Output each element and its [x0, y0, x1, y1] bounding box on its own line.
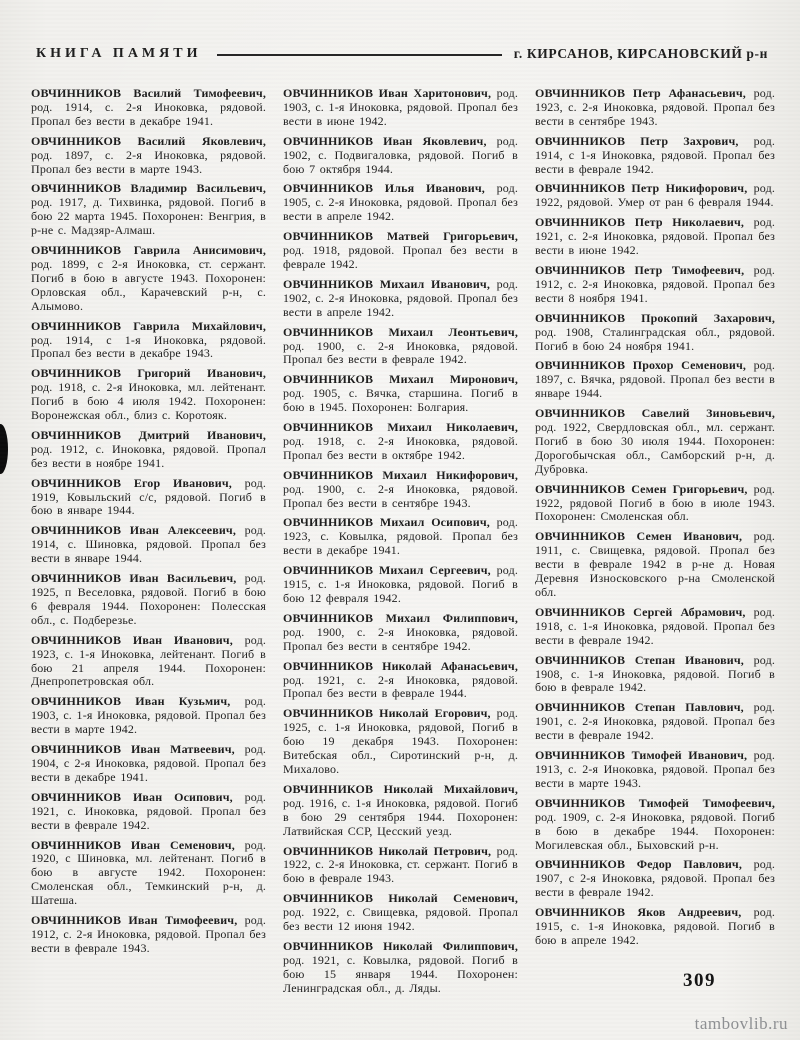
memorial-entry: ОВЧИННИКОВ Николай Семенович, род. 1922,…: [283, 892, 518, 934]
memorial-entry: ОВЧИННИКОВ Прокопий Захарович, род. 1908…: [535, 312, 775, 354]
entry-name: ОВЧИННИКОВ Михаил Никифорович,: [283, 468, 518, 482]
entry-name: ОВЧИННИКОВ Михаил Леонтьевич,: [283, 325, 518, 339]
entry-details: род. 1922, Свердловская обл., мл. сержан…: [535, 420, 775, 476]
entry-details: род. 1905, с. Вячка, старшина. Погиб в б…: [283, 386, 518, 414]
memorial-entry: ОВЧИННИКОВ Михаил Филиппович, род. 1900,…: [283, 612, 518, 654]
entry-name: ОВЧИННИКОВ Петр Афанасьевич,: [535, 86, 746, 100]
entry-name: ОВЧИННИКОВ Сергей Абрамович,: [535, 605, 746, 619]
entry-name: ОВЧИННИКОВ Степан Павлович,: [535, 700, 744, 714]
entry-name: ОВЧИННИКОВ Иван Яковлевич,: [283, 134, 487, 148]
memorial-entry: ОВЧИННИКОВ Николай Филиппович, род. 1921…: [283, 940, 518, 996]
memorial-entry: ОВЧИННИКОВ Михаил Николаевич, род. 1918,…: [283, 421, 518, 463]
memorial-entry: ОВЧИННИКОВ Савелий Зиновьевич, род. 1922…: [535, 407, 775, 477]
entry-name: ОВЧИННИКОВ Николай Семенович,: [283, 891, 518, 905]
entry-details: род. 1899, с 2-я Иноковка, ст. сержант. …: [31, 257, 266, 313]
entry-name: ОВЧИННИКОВ Михаил Филиппович,: [283, 611, 518, 625]
entry-name: ОВЧИННИКОВ Иван Иванович,: [31, 633, 233, 647]
scanned-memorial-book-page: КНИГА ПАМЯТИ г. КИРСАНОВ, КИРСАНОВСКИЙ р…: [0, 0, 800, 1040]
entry-details: род. 1917, д. Тихвинка, рядовой. Погиб в…: [31, 195, 266, 237]
memorial-entry: ОВЧИННИКОВ Николай Михайлович, род. 1916…: [283, 783, 518, 839]
entry-name: ОВЧИННИКОВ Николай Егорович,: [283, 706, 491, 720]
column-2: ОВЧИННИКОВ Иван Харитонович, род. 1903, …: [283, 87, 518, 1002]
header-divider-line: [217, 54, 501, 56]
entry-name: ОВЧИННИКОВ Иван Осипович,: [31, 790, 233, 804]
memorial-entry: ОВЧИННИКОВ Петр Тимофеевич, род. 1912, с…: [535, 264, 775, 306]
entry-details: род. 1918, с. 2-я Иноковка, мл. лейтенан…: [31, 380, 266, 422]
entry-name: ОВЧИННИКОВ Федор Павлович,: [535, 857, 742, 871]
library-watermark: tambovlib.ru: [695, 1014, 788, 1034]
memorial-entry: ОВЧИННИКОВ Михаил Никифорович, род. 1900…: [283, 469, 518, 511]
column-3: ОВЧИННИКОВ Петр Афанасьевич, род. 1923, …: [535, 87, 775, 954]
memorial-entry: ОВЧИННИКОВ Иван Тимофеевич, род. 1912, с…: [31, 914, 266, 956]
memorial-entry: ОВЧИННИКОВ Иван Харитонович, род. 1903, …: [283, 87, 518, 129]
entry-name: ОВЧИННИКОВ Василий Тимофеевич,: [31, 86, 266, 100]
memorial-entry: ОВЧИННИКОВ Григорий Иванович, род. 1918,…: [31, 367, 266, 423]
entry-name: ОВЧИННИКОВ Петр Тимофеевич,: [535, 263, 744, 277]
entry-details: род. 1909, с. 2-я Иноковка, рядовой. Пог…: [535, 810, 775, 852]
entry-details: род. 1914, с. 2-я Иноковка, рядовой. Про…: [31, 100, 266, 128]
memorial-entry: ОВЧИННИКОВ Иван Кузьмич, род. 1903, с. 1…: [31, 695, 266, 737]
memorial-entry: ОВЧИННИКОВ Михаил Осипович, род. 1923, с…: [283, 516, 518, 558]
memorial-entry: ОВЧИННИКОВ Прохор Семенович, род. 1897, …: [535, 359, 775, 401]
memorial-entry: ОВЧИННИКОВ Михаил Сергеевич, род. 1915, …: [283, 564, 518, 606]
memorial-entry: ОВЧИННИКОВ Иван Матвеевич, род. 1904, с …: [31, 743, 266, 785]
entry-name: ОВЧИННИКОВ Михаил Николаевич,: [283, 420, 518, 434]
memorial-entry: ОВЧИННИКОВ Владимир Васильевич, род. 191…: [31, 182, 266, 238]
memorial-entry: ОВЧИННИКОВ Илья Иванович, род. 1905, с. …: [283, 182, 518, 224]
entry-details: род. 1918, с. 2-я Иноковка, рядовой. Про…: [283, 434, 518, 462]
memorial-entry: ОВЧИННИКОВ Егор Иванович, род. 1919, Ков…: [31, 477, 266, 519]
memorial-entry: ОВЧИННИКОВ Иван Яковлевич, род. 1902, с.…: [283, 135, 518, 177]
entry-name: ОВЧИННИКОВ Николай Филиппович,: [283, 939, 518, 953]
memorial-entry: ОВЧИННИКОВ Иван Иванович, род. 1923, с. …: [31, 634, 266, 690]
entry-name: ОВЧИННИКОВ Савелий Зиновьевич,: [535, 406, 775, 420]
memorial-entry: ОВЧИННИКОВ Тимофей Тимофеевич, род. 1909…: [535, 797, 775, 853]
entry-name: ОВЧИННИКОВ Иван Матвеевич,: [31, 742, 235, 756]
entry-name: ОВЧИННИКОВ Яков Андреевич,: [535, 905, 741, 919]
memorial-entry: ОВЧИННИКОВ Николай Афанасьевич, род. 192…: [283, 660, 518, 702]
entry-details: род. 1921, с. Ковылка, рядовой. Погиб в …: [283, 953, 518, 995]
entry-name: ОВЧИННИКОВ Михаил Миронович,: [283, 372, 518, 386]
entry-name: ОВЧИННИКОВ Дмитрий Иванович,: [31, 428, 266, 442]
entry-name: ОВЧИННИКОВ Иван Кузьмич,: [31, 694, 230, 708]
memorial-entry: ОВЧИННИКОВ Петр Николаевич, род. 1921, с…: [535, 216, 775, 258]
entry-name: ОВЧИННИКОВ Петр Николаевич,: [535, 215, 744, 229]
memorial-entry: ОВЧИННИКОВ Семен Григорьевич, род. 1922,…: [535, 483, 775, 525]
entry-name: ОВЧИННИКОВ Гаврила Михайлович,: [31, 319, 266, 333]
entry-name: ОВЧИННИКОВ Иван Харитонович,: [283, 86, 491, 100]
entry-name: ОВЧИННИКОВ Семен Григорьевич,: [535, 482, 748, 496]
memorial-entry: ОВЧИННИКОВ Иван Васильевич, род. 1925, п…: [31, 572, 266, 628]
entry-name: ОВЧИННИКОВ Николай Афанасьевич,: [283, 659, 518, 673]
entry-name: ОВЧИННИКОВ Иван Алексеевич,: [31, 523, 236, 537]
memorial-entry: ОВЧИННИКОВ Дмитрий Иванович, род. 1912, …: [31, 429, 266, 471]
entry-name: ОВЧИННИКОВ Николай Петрович,: [283, 844, 491, 858]
entry-details: род. 1914, с 1-я Иноковка, рядовой. Проп…: [31, 333, 266, 361]
entry-name: ОВЧИННИКОВ Николай Михайлович,: [283, 782, 518, 796]
memorial-entry: ОВЧИННИКОВ Яков Андреевич, род. 1915, с.…: [535, 906, 775, 948]
entry-name: ОВЧИННИКОВ Петр Никифорович,: [535, 181, 747, 195]
memorial-entry: ОВЧИННИКОВ Иван Алексеевич, род. 1914, с…: [31, 524, 266, 566]
memorial-entry: ОВЧИННИКОВ Василий Тимофеевич, род. 1914…: [31, 87, 266, 129]
entry-name: ОВЧИННИКОВ Иван Семенович,: [31, 838, 235, 852]
scan-binding-artifact: [0, 424, 8, 474]
page-number: 309: [683, 970, 716, 992]
book-title: КНИГА ПАМЯТИ: [36, 46, 201, 62]
entry-name: ОВЧИННИКОВ Прохор Семенович,: [535, 358, 746, 372]
memorial-entry: ОВЧИННИКОВ Сергей Абрамович, род. 1918, …: [535, 606, 775, 648]
memorial-entry: ОВЧИННИКОВ Гаврила Михайлович, род. 1914…: [31, 320, 266, 362]
entry-name: ОВЧИННИКОВ Владимир Васильевич,: [31, 181, 266, 195]
page-header: КНИГА ПАМЯТИ г. КИРСАНОВ, КИРСАНОВСКИЙ р…: [36, 46, 768, 62]
entry-name: ОВЧИННИКОВ Илья Иванович,: [283, 181, 485, 195]
entry-name: ОВЧИННИКОВ Гаврила Анисимович,: [31, 243, 266, 257]
memorial-entry: ОВЧИННИКОВ Матвей Григорьевич, род. 1918…: [283, 230, 518, 272]
entry-details: род. 1912, с. Иноковка, рядовой. Пропал …: [31, 442, 266, 470]
entry-name: ОВЧИННИКОВ Григорий Иванович,: [31, 366, 266, 380]
entry-name: ОВЧИННИКОВ Михаил Осипович,: [283, 515, 490, 529]
memorial-entry: ОВЧИННИКОВ Иван Осипович, род. 1921, с. …: [31, 791, 266, 833]
entry-details: род. 1900, с. 2-я Иноковка, рядовой. Про…: [283, 482, 518, 510]
entry-name: ОВЧИННИКОВ Михаил Сергеевич,: [283, 563, 491, 577]
entry-details: род. 1908, Сталинградская обл., рядовой.…: [535, 325, 775, 353]
entry-name: ОВЧИННИКОВ Василий Яковлевич,: [31, 134, 266, 148]
entry-name: ОВЧИННИКОВ Тимофей Иванович,: [535, 748, 747, 762]
entry-name: ОВЧИННИКОВ Иван Тимофеевич,: [31, 913, 237, 927]
entry-name: ОВЧИННИКОВ Петр Захрович,: [535, 134, 739, 148]
entry-details: род. 1918, рядовой. Пропал без вести в ф…: [283, 243, 518, 271]
memorial-entry: ОВЧИННИКОВ Степан Павлович, род. 1901, с…: [535, 701, 775, 743]
memorial-entry: ОВЧИННИКОВ Михаил Иванович, род. 1902, с…: [283, 278, 518, 320]
entry-details: род. 1921, с. 2-я Иноковка, рядовой. Про…: [283, 673, 518, 701]
entry-details: род. 1916, с. 1-я Иноковка, рядовой. Пог…: [283, 796, 518, 838]
memorial-entry: ОВЧИННИКОВ Гаврила Анисимович, род. 1899…: [31, 244, 266, 314]
entry-details: род. 1922, с. Свищевка, рядовой. Пропал …: [283, 905, 518, 933]
memorial-entry: ОВЧИННИКОВ Михаил Миронович, род. 1905, …: [283, 373, 518, 415]
entries-area: ОВЧИННИКОВ Василий Тимофеевич, род. 1914…: [31, 87, 771, 1002]
memorial-entry: ОВЧИННИКОВ Степан Иванович, род. 1908, с…: [535, 654, 775, 696]
memorial-entry: ОВЧИННИКОВ Николай Егорович, род. 1925, …: [283, 707, 518, 777]
memorial-entry: ОВЧИННИКОВ Михаил Леонтьевич, род. 1900,…: [283, 326, 518, 368]
entry-name: ОВЧИННИКОВ Егор Иванович,: [31, 476, 232, 490]
entry-details: род. 1900, с. 2-я Иноковка, рядовой. Про…: [283, 339, 518, 367]
entry-name: ОВЧИННИКОВ Михаил Иванович,: [283, 277, 490, 291]
entry-name: ОВЧИННИКОВ Тимофей Тимофеевич,: [535, 796, 775, 810]
entry-name: ОВЧИННИКОВ Семен Иванович,: [535, 529, 742, 543]
memorial-entry: ОВЧИННИКОВ Петр Афанасьевич, род. 1923, …: [535, 87, 775, 129]
entry-details: род. 1897, с. 2-я Иноковка, рядовой. Про…: [31, 148, 266, 176]
entry-name: ОВЧИННИКОВ Прокопий Захарович,: [535, 311, 775, 325]
entry-name: ОВЧИННИКОВ Иван Васильевич,: [31, 571, 236, 585]
entry-details: род. 1900, с. 2-я Иноковка, рядовой. Про…: [283, 625, 518, 653]
memorial-entry: ОВЧИННИКОВ Петр Никифорович, род. 1922, …: [535, 182, 775, 210]
memorial-entry: ОВЧИННИКОВ Тимофей Иванович, род. 1913, …: [535, 749, 775, 791]
column-1: ОВЧИННИКОВ Василий Тимофеевич, род. 1914…: [31, 87, 266, 962]
memorial-entry: ОВЧИННИКОВ Николай Петрович, род. 1922, …: [283, 845, 518, 887]
memorial-entry: ОВЧИННИКОВ Иван Семенович, род. 1920, с …: [31, 839, 266, 909]
entry-name: ОВЧИННИКОВ Степан Иванович,: [535, 653, 744, 667]
district-title: г. КИРСАНОВ, КИРСАНОВСКИЙ р-н: [514, 46, 768, 62]
memorial-entry: ОВЧИННИКОВ Федор Павлович, род. 1907, с …: [535, 858, 775, 900]
memorial-entry: ОВЧИННИКОВ Василий Яковлевич, род. 1897,…: [31, 135, 266, 177]
memorial-entry: ОВЧИННИКОВ Петр Захрович, род. 1914, с 1…: [535, 135, 775, 177]
entry-name: ОВЧИННИКОВ Матвей Григорьевич,: [283, 229, 518, 243]
memorial-entry: ОВЧИННИКОВ Семен Иванович, род. 1911, с.…: [535, 530, 775, 600]
